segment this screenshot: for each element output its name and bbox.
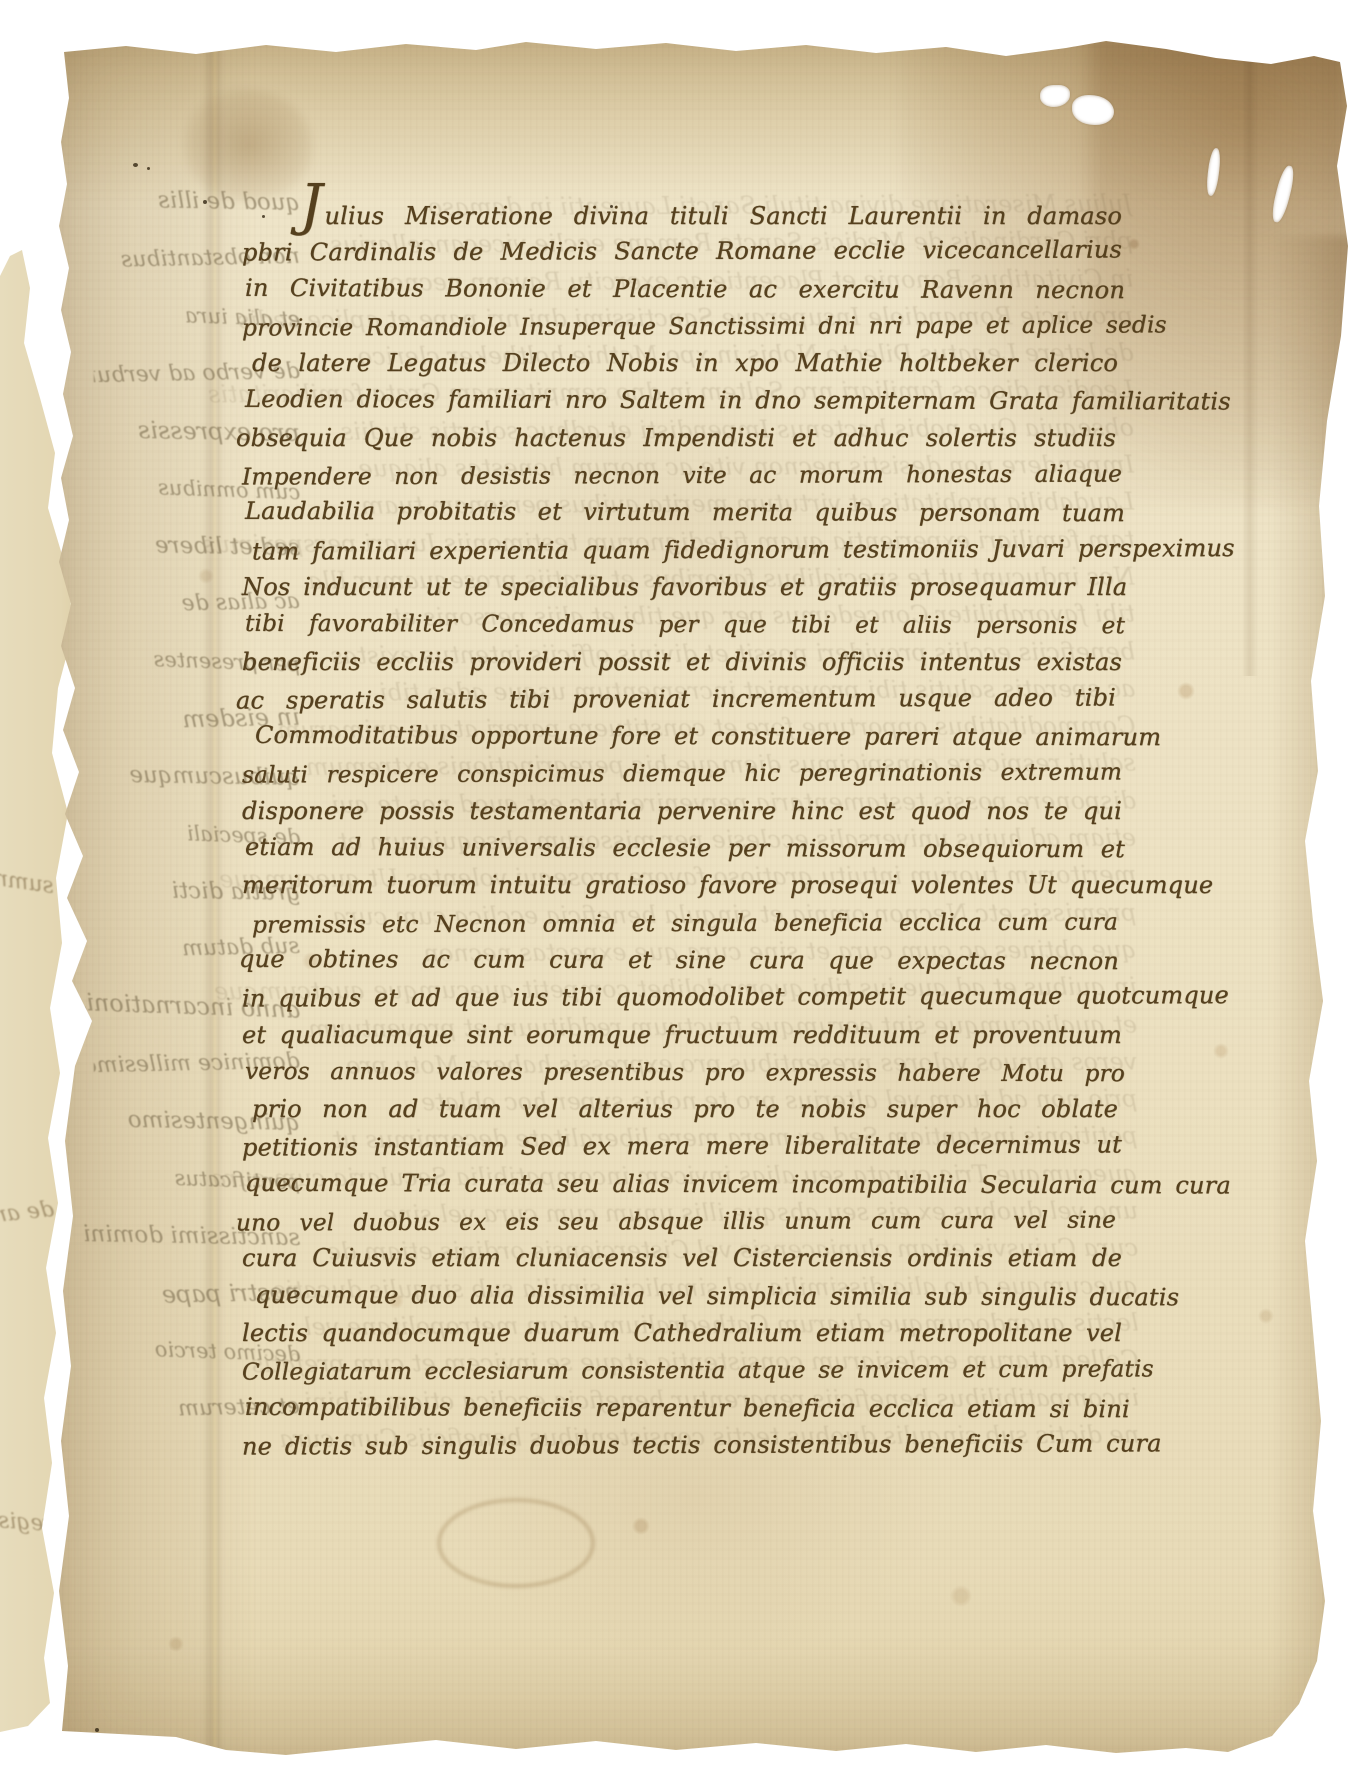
verso-ghost-line: lectis quandocumque duarum Cathedralium … [209, 1304, 1139, 1346]
verso-ghost-line: Collegiatarum ecclesiarum consistentia a… [209, 1342, 1139, 1384]
scan-background: summade annoregistrata Julius Miseration… [0, 0, 1350, 1775]
text-line: tam familiari experientia quam fidedigno… [252, 530, 1118, 570]
verso-bleedthrough-fragment: et alia iura [111, 298, 301, 362]
verso-ghost-line: provincie Romandiole Insuperque Sanctiss… [203, 297, 1133, 339]
text-line: ne dictis sub singulis duobus tectis con… [242, 1425, 1122, 1465]
underlying-page-fragment: de anno [0, 1135, 62, 1290]
text-line: beneficiis eccliis provideri possit et d… [242, 644, 1122, 681]
verso-bleedthrough-fragment: dominice millesimo [93, 1046, 300, 1108]
verso-bleedthrough-fragment: pontificatus [111, 1160, 301, 1224]
ink-speck [147, 167, 150, 170]
top-right-stain [900, 6, 1350, 506]
ink-speck [610, 205, 613, 208]
ink-speck [1286, 1725, 1290, 1729]
ring-stain [437, 1498, 595, 1588]
text-line: Collegiatarum ecclesiarum consistentia a… [242, 1351, 1122, 1391]
text-line: de latere Legatus Dilecto Nobis in xpo M… [252, 345, 1118, 382]
text-line: Commoditatibus opportune fore et constit… [255, 717, 1121, 757]
verso-ghost-line: quecumque duo alia dissimilia vel simpli… [208, 1267, 1138, 1309]
ink-speck [203, 200, 207, 204]
text-line: ac speratis salutis tibi proveniat incre… [236, 679, 1116, 719]
ink-speck [1326, 1508, 1331, 1513]
text-line: Nos inducunt ut te specialibus favoribus… [242, 569, 1122, 606]
verso-bleedthrough-fragment: non obstantibus [93, 241, 300, 303]
fold-crease-right [1242, 36, 1258, 676]
paper-tear-sliver [1205, 148, 1222, 197]
verso-ghost-line: que obtines ac cum cura et sine cura que… [207, 932, 1137, 974]
bottom-edge-toning [56, 1642, 1350, 1772]
text-line: uno vel duobus ex eis seu absque illis u… [236, 1201, 1116, 1241]
text-line: Impendere non desistis necnon vite ac mo… [242, 456, 1122, 496]
verso-bleedthrough-fragment: per presentes [111, 643, 301, 707]
verso-bleedthrough-fragment: in eisdem [83, 701, 300, 763]
verso-bleedthrough-fragment: cum omnibus [111, 470, 301, 534]
verso-ghost-line: pbri Cardinalis de Medicis Sancte Romane… [203, 223, 1133, 265]
text-line: tibi favorabiliter Concedamus per que ti… [245, 605, 1125, 645]
verso-ghost-line: etiam ad huius universalis ecclesie per … [206, 820, 1136, 862]
text-line: pbri Cardinalis de Medicis Sancte Romane… [242, 232, 1122, 272]
text-line: petitionis instantiam Sed ex mera mere l… [242, 1127, 1122, 1167]
fold-crease-left [202, 36, 224, 1772]
verso-bleedthrough-fragment: ac alias de [93, 586, 300, 648]
verso-bleedthrough-fragment: nostri pape [83, 1276, 300, 1338]
manuscript-page: Julius Miseratione divina tituli Sancti … [56, 36, 1350, 1772]
text-line: quecumque duo alia dissimilia vel simpli… [255, 1276, 1121, 1316]
verso-bleedthrough-fragment: quingentesimo [78, 1104, 301, 1165]
verso-ghost-line: tibi favorabiliter Concedamus per que ti… [205, 596, 1135, 638]
verso-bleedthrough-fragment: et ceterum [93, 1391, 300, 1453]
text-line: que obtines ac cum cura et sine cura que… [239, 941, 1119, 981]
verso-ghost-line: meritorum tuorum intuitu gratioso favore… [206, 857, 1136, 899]
verso-ghost-line: et qualiacumque sint eorumque fructuum r… [207, 1006, 1137, 1048]
paper-tear-sliver [1269, 164, 1297, 224]
verso-ghost-line: premissis etc Necnon omnia et singula be… [206, 894, 1136, 936]
verso-ghost-line: prio non ad tuam vel alterius pro te nob… [207, 1081, 1137, 1123]
right-edge-toning [1270, 236, 1350, 1772]
text-line: Julius Miseratione divina tituli Sancti … [242, 196, 1122, 233]
verso-ghost-line: ne dictis sub singulis duobus tectis con… [209, 1416, 1139, 1458]
verso-ghost-line: Impendere non desistis necnon vite ac mo… [204, 447, 1134, 489]
text-line: meritorum tuorum intuitu gratioso favore… [242, 867, 1122, 904]
edge-toning [56, 36, 1350, 1772]
text-line: lectis quandocumque duarum Cathedralium … [242, 1315, 1122, 1352]
text-line: incompatibilibus beneficiis reparentur b… [245, 1388, 1125, 1428]
ink-speck [133, 163, 138, 167]
verso-ghost-line: de latere Legatus Dilecto Nobis in xpo M… [203, 335, 1133, 377]
text-line: obsequia Que nobis hactenus Impendisti e… [236, 420, 1116, 457]
verso-ghost-line: uno vel duobus ex eis seu absque illis u… [208, 1193, 1138, 1235]
verso-ghost-line: quecumque Tria curata seu alias invicem … [208, 1155, 1138, 1197]
verso-bleedthrough-fragment: decimo tercio [111, 1333, 301, 1397]
verso-bleedthrough-column: quod de illisnon obstantibuset alia iura… [78, 186, 300, 1451]
verso-bleedthrough-fragment: quod de illis [78, 184, 301, 245]
verso-bleedthrough-fragment: sed et libere [78, 529, 301, 590]
paper-hole [1072, 95, 1114, 125]
text-line: in quibus et ad que ius tibi quomodolibe… [242, 978, 1122, 1018]
underlying-page-fragment: summa [0, 805, 64, 962]
text-line: provincie Romandiole Insuperque Sanctiss… [242, 306, 1122, 346]
top-edge-stain [56, 36, 1350, 196]
text-line: Leodien dioces familiari nro Saltem in d… [245, 381, 1125, 421]
verso-ghost-line: obsequia Que nobis hactenus Impendisti e… [204, 409, 1134, 451]
verso-bleedthrough-fragment: quibuscumque [78, 759, 301, 820]
verso-ghost-line: in Civitatibus Bononie et Placentie ac e… [203, 260, 1133, 302]
verso-bleedthrough-fragment: de speciali [111, 815, 301, 879]
text-line: premissis etc Necnon omnia et singula be… [252, 903, 1118, 943]
top-right-stain-streak [1090, 36, 1350, 656]
verso-ghost-line: disponere possis testamentaria pervenire… [206, 782, 1136, 824]
text-line: Laudabilia probitatis et virtutum merita… [245, 493, 1125, 533]
verso-ghost-line: Julius Miseratione divina tituli Sancti … [203, 186, 1133, 228]
verso-bleedthrough-fragment: pro expressis [84, 414, 301, 475]
text-line: in Civitatibus Bononie et Placentie ac e… [245, 269, 1125, 309]
verso-ghost-line: Leodien dioces familiari nro Saltem in d… [204, 372, 1134, 414]
text-line: prio non ad tuam vel alterius pro te nob… [252, 1091, 1118, 1128]
text-line: et qualiacumque sint eorumque fructuum r… [242, 1017, 1122, 1054]
text-line: etiam ad huius universalis ecclesie per … [245, 829, 1125, 869]
manuscript-text-block: Julius Miseratione divina tituli Sancti … [242, 196, 1142, 1464]
ink-blot-stain [184, 88, 314, 203]
verso-bleedthrough-fragment: sanctissimi domini [78, 1219, 301, 1280]
text-line: cura Cuiusvis etiam cluniacensis vel Cis… [242, 1240, 1122, 1277]
left-margin-toning [56, 36, 256, 1772]
text-line: quecumque Tria curata seu alias invicem … [245, 1165, 1125, 1205]
verso-ghost-line: petitionis instantiam Sed ex mera mere l… [208, 1118, 1138, 1160]
verso-ghost-layer: Julius Miseratione divina tituli Sancti … [203, 186, 1140, 1459]
verso-ghost-line: Nos inducunt ut te specialibus favoribus… [205, 559, 1135, 601]
verso-ghost-line: tam familiari experientia quam fidedigno… [204, 521, 1134, 563]
verso-ghost-line: Laudabilia probitatis et virtutum merita… [204, 484, 1134, 526]
verso-bleedthrough-fragment: gratia dicti [78, 874, 301, 935]
verso-bleedthrough-fragment: sub datum [93, 931, 300, 993]
verso-ghost-line: ac speratis salutis tibi proveniat incre… [205, 670, 1135, 712]
verso-bleedthrough-fragment: anno incarnationis [83, 987, 301, 1052]
verso-ghost-line: incompatibilibus beneficiis reparentur b… [209, 1379, 1139, 1421]
text-line: saluti respicere conspicimus diemque hic… [242, 754, 1122, 794]
paper-hole [1040, 85, 1070, 107]
ink-speck [262, 215, 265, 218]
verso-ghost-line: cura Cuiusvis etiam cluniacensis vel Cis… [208, 1230, 1138, 1272]
verso-bleedthrough-fragment: de verbo ad verbum [93, 356, 300, 418]
text-line: veros annuos valores presentibus pro exp… [245, 1053, 1125, 1093]
text-line: disponere possis testamentaria pervenire… [242, 793, 1122, 830]
foxing-spots [56, 36, 1350, 1772]
verso-ghost-line: in quibus et ad que ius tibi quomodolibe… [207, 969, 1137, 1011]
verso-ghost-line: Commoditatibus opportune fore et constit… [205, 708, 1135, 750]
verso-ghost-line: veros annuos valores presentibus pro exp… [207, 1043, 1137, 1085]
verso-ghost-line: saluti respicere conspicimus diemque hic… [206, 745, 1136, 787]
underlying-page-fragment: registrata [0, 1446, 59, 1600]
ink-speck [95, 1728, 99, 1732]
verso-ghost-line: beneficiis eccliis provideri possit et d… [205, 633, 1135, 675]
